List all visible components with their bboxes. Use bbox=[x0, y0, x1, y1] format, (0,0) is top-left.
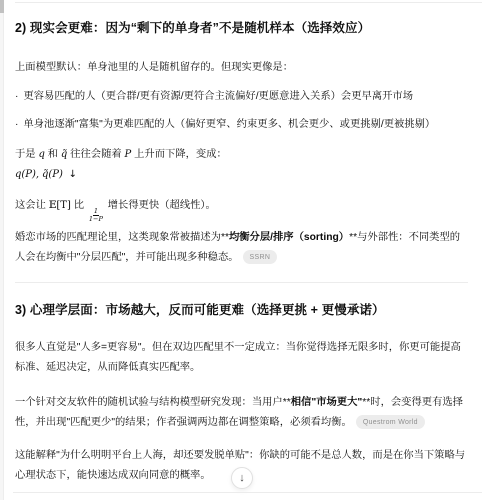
math-fraction: 11−P bbox=[88, 208, 104, 224]
text-run: 往往会随着 bbox=[67, 149, 124, 160]
paragraph-q-decline: 于是 q 和 q̃ 往往会随着 P 上升而下降，变成： q(P), q̃(P) … bbox=[15, 145, 468, 185]
section-heading-3: 3) 心理学层面：市场越大，反而可能更难（选择更挑 + 更慢承诺） bbox=[15, 302, 468, 319]
paragraph-superlinear: 这会让 𝔼[T] 比 11−P 增长得更快（超线性）。 bbox=[15, 196, 468, 224]
left-scrollbar-track[interactable] bbox=[0, 0, 4, 500]
top-divider bbox=[15, 2, 482, 3]
text-run: 比 bbox=[71, 200, 87, 211]
list-item: ·更容易匹配的人（更合群/更有资源/更符合主流偏好/更愿意进入关系）会更早离开市… bbox=[15, 87, 468, 107]
list-item-text: 单身池逐渐"富集"为更难匹配的人（偏好更窄、约束更多、机会更少、或更挑剔/更被挑… bbox=[23, 119, 435, 130]
list-item: ·单身池逐渐"富集"为更难匹配的人（偏好更窄、约束更多、机会更少、或更挑剔/更被… bbox=[15, 115, 468, 135]
text-run: 上升而下降，变成： bbox=[131, 149, 227, 160]
section-heading-2: 2) 现实会更难：因为“剩下的单身者”不是随机样本（选择效应） bbox=[15, 20, 468, 37]
bullet-icon: · bbox=[15, 91, 18, 102]
math-expression-qtilde-of-P: q̃(P) bbox=[42, 169, 63, 180]
text-run: 于是 bbox=[15, 149, 38, 160]
markdown-asterisks: ** bbox=[221, 232, 229, 243]
chat-response-page: 2) 现实会更难：因为“剩下的单身者”不是随机样本（选择效应） 上面模型默认：单… bbox=[0, 0, 482, 500]
paragraph-dating-app-study: 一个针对交友软件的随机试验与结构模型研究发现：当用户**相信"市场更大"**时，… bbox=[15, 393, 468, 433]
message-content: 2) 现实会更难：因为“剩下的单身者”不是随机样本（选择效应） 上面模型默认：单… bbox=[15, 20, 468, 486]
bold-text-bigger-market: 相信"市场更大" bbox=[291, 397, 363, 408]
citation-badge-ssrn[interactable]: SSRN bbox=[243, 250, 278, 264]
fraction-denominator: 1−P bbox=[88, 216, 104, 223]
paragraph-model-assumption: 上面模型默认：单身池里的人是随机留存的。但现实更像是： bbox=[15, 58, 468, 78]
paragraph-sorting-theory: 婚恋市场的匹配理论里，这类现象常被描述为**均衡分层/排序（sorting）**… bbox=[15, 228, 468, 268]
down-arrow-icon: ↓ bbox=[239, 473, 245, 484]
down-arrow-glyph: ↓ bbox=[69, 169, 77, 180]
section-divider bbox=[15, 282, 468, 283]
text-run: 婚恋市场的匹配理论里，这类现象常被描述为 bbox=[15, 232, 221, 243]
text-run: 一个针对交友软件的随机试验与结构模型研究发现：当用户 bbox=[15, 397, 283, 408]
text-run: 增长得更快（超线性）。 bbox=[105, 200, 216, 211]
math-expectation-ET: 𝔼[T] bbox=[49, 200, 71, 211]
scroll-to-bottom-button[interactable]: ↓ bbox=[231, 467, 253, 489]
list-item-text: 更容易匹配的人（更合群/更有资源/更符合主流偏好/更愿意进入关系）会更早离开市场 bbox=[23, 91, 413, 102]
left-scrollbar-thumb[interactable] bbox=[0, 0, 4, 13]
bullet-icon: · bbox=[15, 119, 18, 130]
bold-text-sorting: 均衡分层/排序（sorting） bbox=[229, 232, 349, 243]
markdown-asterisks: ** bbox=[349, 232, 357, 243]
citation-badge-questrom-world[interactable]: Questrom World bbox=[356, 415, 425, 429]
markdown-asterisks: ** bbox=[283, 397, 291, 408]
text-run: 和 bbox=[45, 149, 61, 160]
text-run: 这会让 bbox=[15, 200, 49, 211]
bullet-list: ·更容易匹配的人（更合群/更有资源/更符合主流偏好/更愿意进入关系）会更早离开市… bbox=[15, 87, 468, 135]
paragraph-intuition: 很多人直觉是"人多=更容易"。但在双边匹配里不一定成立：当你觉得选择无限多时，你… bbox=[15, 338, 468, 378]
math-expression-q-of-P: q(P), bbox=[15, 169, 39, 180]
bottom-divider bbox=[13, 492, 482, 493]
